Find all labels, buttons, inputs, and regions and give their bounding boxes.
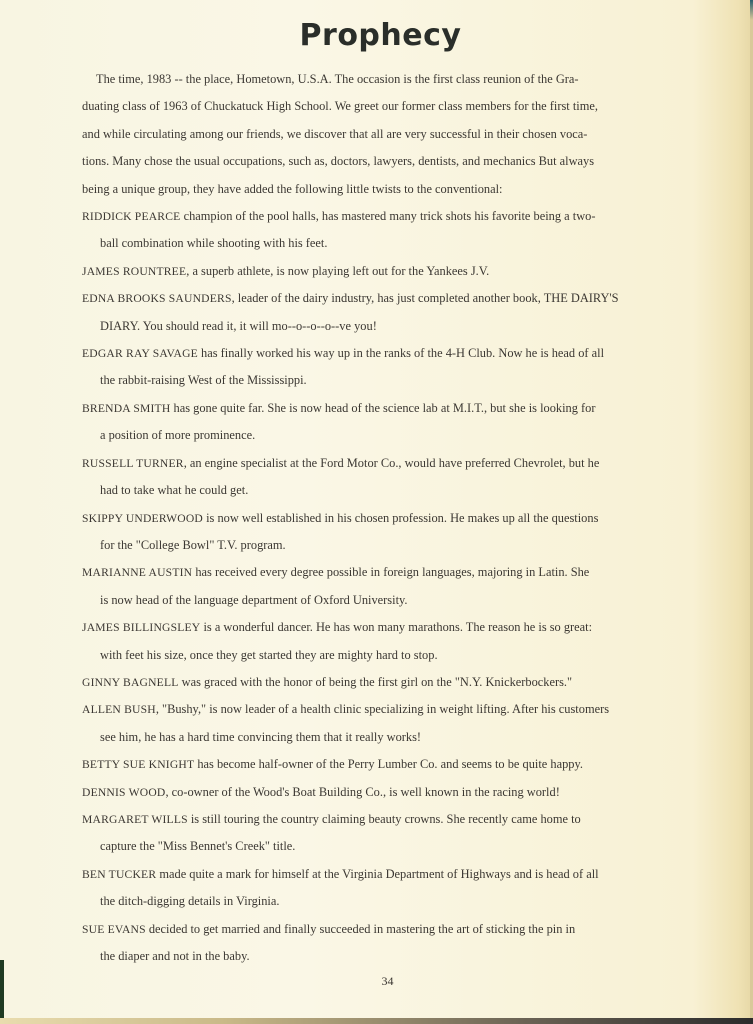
classmate-name: BRENDA SMITH (82, 402, 170, 415)
prophecy-entry: BETTY SUE KNIGHT has become half-owner o… (82, 751, 682, 778)
prophecy-text: champion of the pool halls, has mastered… (180, 209, 595, 223)
prophecy-text-continued: is now head of the language department o… (100, 587, 682, 614)
prophecy-entry: JAMES ROUNTREE, a superb athlete, is now… (82, 258, 682, 285)
prophecy-entry: RIDDICK PEARCE champion of the pool hall… (82, 203, 682, 258)
prophecy-text: , co-owner of the Wood's Boat Building C… (165, 785, 559, 799)
prophecy-text: has received every degree possible in fo… (192, 565, 589, 579)
binding-edge-left (0, 960, 4, 1024)
prophecy-entry: MARIANNE AUSTIN has received every degre… (82, 559, 682, 614)
prophecy-text-continued: a position of more prominence. (100, 422, 682, 449)
prophecy-text-continued: the rabbit-raising West of the Mississip… (100, 367, 682, 394)
prophecy-entry: BEN TUCKER made quite a mark for himself… (82, 861, 682, 916)
prophecy-text: , an engine specialist at the Ford Motor… (184, 456, 600, 470)
prophecy-entry: ALLEN BUSH, "Bushy," is now leader of a … (82, 696, 682, 751)
prophecy-entry: MARGARET WILLS is still touring the coun… (82, 806, 682, 861)
prophecy-text: has finally worked his way up in the ran… (198, 346, 604, 360)
prophecy-entry: EDNA BROOKS SAUNDERS, leader of the dair… (82, 285, 682, 340)
prophecy-entry: RUSSELL TURNER, an engine specialist at … (82, 450, 682, 505)
classmate-name: JAMES BILLINGSLEY (82, 621, 200, 634)
classmate-name: EDNA BROOKS SAUNDERS (82, 292, 232, 305)
prophecy-text-continued: with feet his size, once they get starte… (100, 642, 682, 669)
classmate-name: DENNIS WOOD (82, 786, 165, 799)
prophecy-text-continued: the ditch-digging details in Virginia. (100, 888, 682, 915)
classmate-name: GINNY BAGNELL (82, 676, 179, 689)
classmate-name: BEN TUCKER (82, 868, 156, 881)
classmate-name: MARGARET WILLS (82, 813, 188, 826)
classmate-name: RIDDICK PEARCE (82, 210, 180, 223)
classmate-name: MARIANNE AUSTIN (82, 566, 192, 579)
intro-line: The time, 1983 -- the place, Hometown, U… (82, 66, 682, 93)
prophecy-entry: DENNIS WOOD, co-owner of the Wood's Boat… (82, 779, 682, 806)
classmate-name: EDGAR RAY SAVAGE (82, 347, 198, 360)
classmate-name: SKIPPY UNDERWOOD (82, 512, 203, 525)
prophecy-text: was graced with the honor of being the f… (179, 675, 573, 689)
prophecy-text: , a superb athlete, is now playing left … (186, 264, 489, 278)
page-title: Prophecy (0, 18, 753, 53)
intro-line: tions. Many chose the usual occupations,… (82, 148, 682, 175)
prophecy-text: , leader of the dairy industry, has just… (232, 291, 619, 305)
classmate-name: ALLEN BUSH (82, 703, 156, 716)
classmate-name: RUSSELL TURNER (82, 457, 184, 470)
intro-line: being a unique group, they have added th… (82, 176, 682, 203)
prophecy-entry: EDGAR RAY SAVAGE has finally worked his … (82, 340, 682, 395)
prophecy-text-continued: for the "College Bowl" T.V. program. (100, 532, 682, 559)
classmate-name: BETTY SUE KNIGHT (82, 758, 194, 771)
intro-paragraph: The time, 1983 -- the place, Hometown, U… (82, 66, 682, 203)
page-number: 34 (0, 974, 753, 989)
prophecy-text: has become half-owner of the Perry Lumbe… (194, 757, 583, 771)
classmate-name: JAMES ROUNTREE (82, 265, 186, 278)
prophecy-text-continued: had to take what he could get. (100, 477, 682, 504)
prophecy-text: is a wonderful dancer. He has won many m… (200, 620, 592, 634)
prophecy-text: is still touring the country claiming be… (188, 812, 581, 826)
prophecy-text: has gone quite far. She is now head of t… (170, 401, 595, 415)
prophecy-entry: GINNY BAGNELL was graced with the honor … (82, 669, 682, 696)
prophecy-entry: SKIPPY UNDERWOOD is now well established… (82, 505, 682, 560)
yearbook-page: Prophecy The time, 1983 -- the place, Ho… (0, 0, 753, 1024)
prophecy-text: decided to get married and finally succe… (146, 922, 575, 936)
prophecy-text: is now well established in his chosen pr… (203, 511, 598, 525)
prophecy-entry: BRENDA SMITH has gone quite far. She is … (82, 395, 682, 450)
prophecy-entry: JAMES BILLINGSLEY is a wonderful dancer.… (82, 614, 682, 669)
prophecy-entry: SUE EVANS decided to get married and fin… (82, 916, 682, 971)
page-edge-bottom (0, 1018, 753, 1024)
prophecy-entries: RIDDICK PEARCE champion of the pool hall… (82, 203, 682, 970)
intro-line: duating class of 1963 of Chuckatuck High… (82, 93, 682, 120)
prophecy-text-continued: ball combination while shooting with his… (100, 230, 682, 257)
prophecy-text-continued: the diaper and not in the baby. (100, 943, 682, 970)
prophecy-text: made quite a mark for himself at the Vir… (156, 867, 598, 881)
prophecy-text-continued: see him, he has a hard time convincing t… (100, 724, 682, 751)
prophecy-text-continued: DIARY. You should read it, it will mo--o… (100, 313, 682, 340)
intro-line: and while circulating among our friends,… (82, 121, 682, 148)
prophecy-body: The time, 1983 -- the place, Hometown, U… (82, 66, 682, 970)
classmate-name: SUE EVANS (82, 923, 146, 936)
prophecy-text-continued: capture the "Miss Bennet's Creek" title. (100, 833, 682, 860)
prophecy-text: , "Bushy," is now leader of a health cli… (156, 702, 609, 716)
